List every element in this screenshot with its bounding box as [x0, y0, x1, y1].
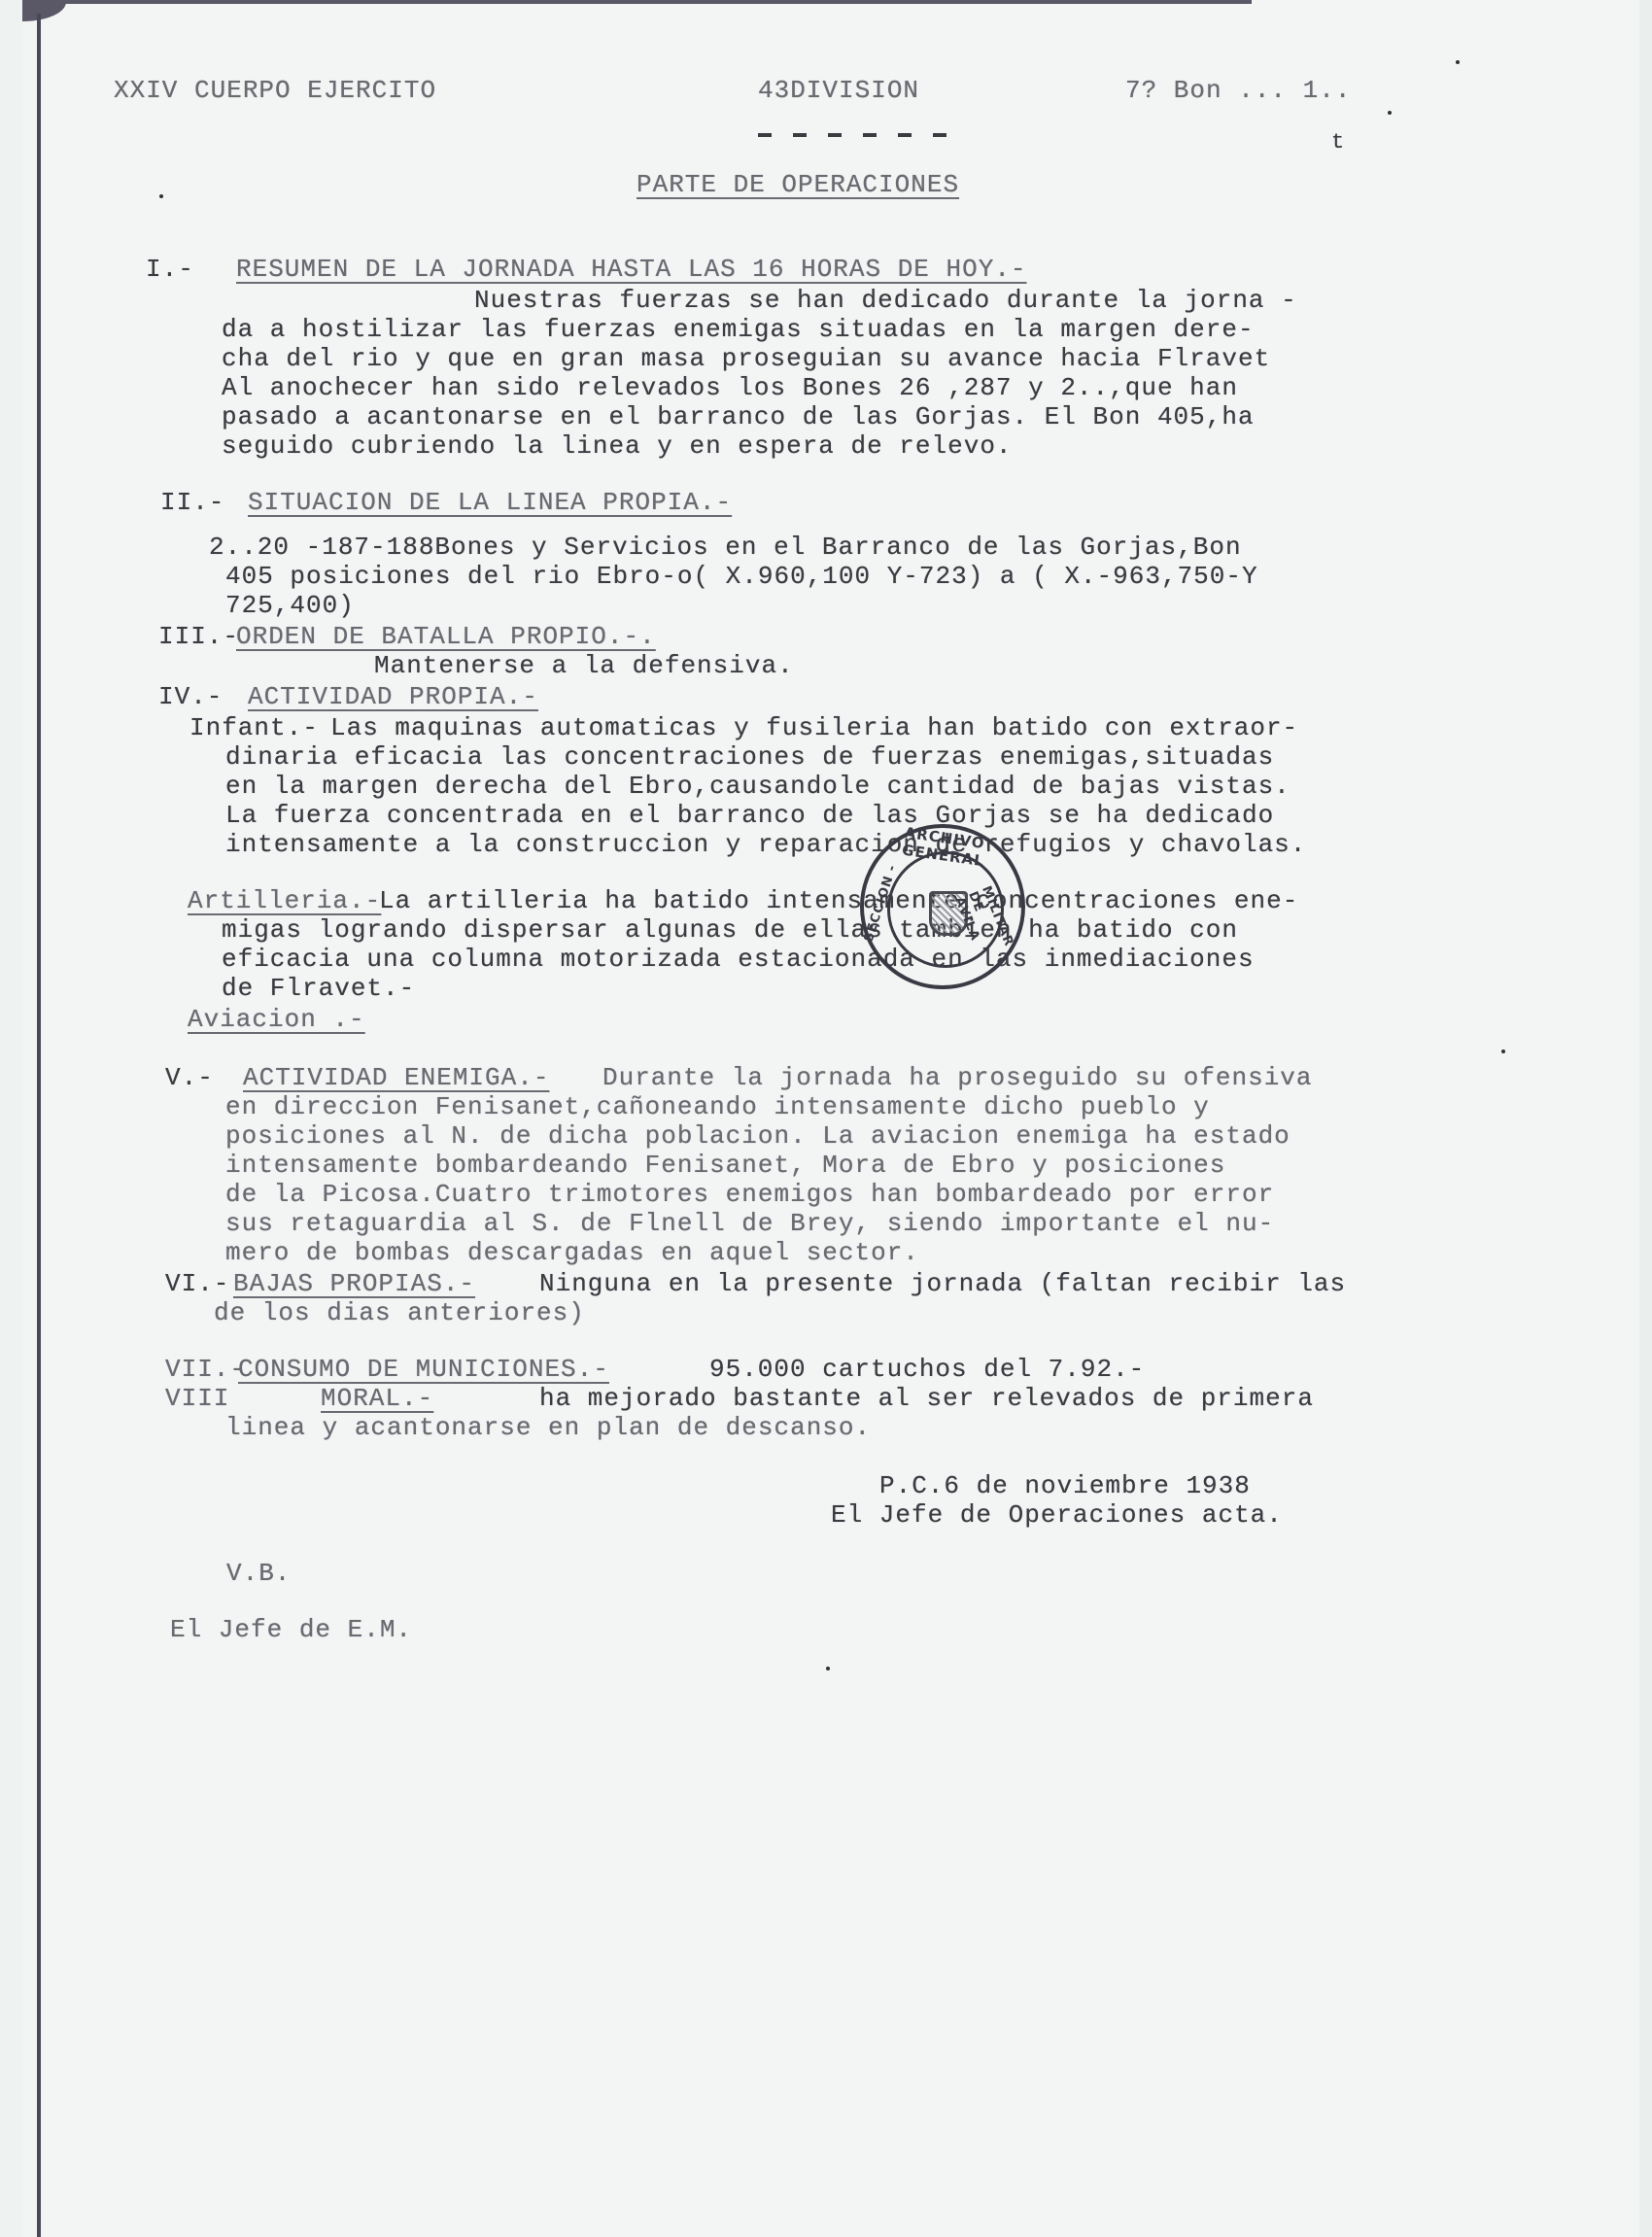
section-6-heading: BAJAS PROPIAS.- — [233, 1269, 475, 1298]
aviation-label: Aviacion .- — [188, 1005, 365, 1034]
section-1-line: cha del rio y que en gran masa proseguia… — [222, 344, 1270, 373]
section-5-line: mero de bombas descargadas en aquel sect… — [225, 1238, 919, 1267]
section-1-number: I.- — [146, 255, 194, 284]
section-5-line: posiciones al N. de dicha poblacion. La … — [225, 1121, 1291, 1151]
section-8-heading: MORAL.- — [321, 1384, 433, 1413]
section-5-line: en direccion Fenisanet,cañoneando intens… — [225, 1092, 1210, 1121]
header-battalion: 7? Bon ... 1.. — [1125, 76, 1351, 105]
section-1-line: Nuestras fuerzas se han dedicado durante… — [474, 286, 1297, 315]
section-3-heading: ORDEN DE BATALLA PROPIO.-. — [236, 622, 656, 651]
section-3-line: Mantenerse a la defensiva. — [374, 651, 794, 680]
infantry-line: en la margen derecha del Ebro,causandole… — [225, 772, 1291, 801]
scan-border-top — [22, 0, 1252, 4]
section-2-line: 725,400) — [225, 591, 355, 620]
infantry-label: Infant.- — [189, 713, 319, 742]
section-5-line: Durante la jornada ha proseguido su ofen… — [602, 1063, 1313, 1092]
closing-place-date: P.C.6 de noviembre 1938 — [879, 1471, 1251, 1500]
handwritten-mark: t — [1331, 128, 1345, 157]
section-8-line: linea y acantonarse en plan de descanso. — [225, 1413, 871, 1442]
infantry-line: dinaria eficacia las concentraciones de … — [225, 742, 1274, 772]
section-6-number: VI.- — [165, 1269, 229, 1298]
section-2-number: II.- — [160, 488, 224, 517]
section-7-heading: CONSUMO DE MUNICIONES.- — [238, 1355, 609, 1384]
artillery-line: migas logrando dispersar algunas de ella… — [222, 915, 1238, 945]
section-2-heading: SITUACION DE LA LINEA PROPIA.- — [248, 488, 732, 517]
section-5-line: intensamente bombardeando Fenisanet, Mor… — [225, 1151, 1225, 1180]
archive-stamp: ARCHIVO GENERAL MILITAR DE AVILA SECCION… — [860, 824, 1025, 989]
section-5-line: sus retaguardia al S. de Flnell de Brey,… — [225, 1209, 1274, 1238]
section-2-line: 405 posiciones del rio Ebro-o( X.960,100… — [225, 562, 1258, 591]
section-2-line: 2..20 -187-188Bones y Servicios en el Ba… — [209, 533, 1242, 562]
artillery-line: La artilleria ha batido intensamente con… — [379, 886, 1298, 915]
section-5-line: de la Picosa.Cuatro trimotores enemigos … — [225, 1180, 1274, 1209]
section-7-line: 95.000 cartuchos del 7.92.- — [709, 1355, 1145, 1384]
infantry-line: intensamente a la construccion y reparac… — [225, 830, 1306, 859]
footer-chief-of-staff: El Jefe de E.M. — [170, 1615, 412, 1644]
closing-signatory: El Jefe de Operaciones acta. — [831, 1500, 1283, 1530]
document-title: PARTE DE OPERACIONES — [637, 170, 959, 199]
artillery-label: Artilleria.- — [188, 886, 381, 915]
scan-border-left — [37, 14, 41, 2237]
section-4-heading: ACTIVIDAD PROPIA.- — [248, 682, 538, 711]
section-8-line: ha mejorado bastante al ser relevados de… — [539, 1384, 1314, 1413]
section-4-number: IV.- — [158, 682, 223, 711]
scan-speck — [826, 1667, 830, 1670]
section-1-line: da a hostilizar las fuerzas enemigas sit… — [222, 315, 1255, 344]
scan-speck — [1456, 60, 1460, 64]
section-7-number: VII.- — [165, 1355, 246, 1384]
infantry-line: Las maquinas automaticas y fusileria han… — [330, 713, 1298, 742]
section-8-number: VIII — [165, 1384, 229, 1413]
footer-vb: V.B. — [226, 1559, 291, 1588]
header-division: 43DIVISION — [758, 76, 919, 105]
artillery-line: de Flravet.- — [222, 974, 415, 1003]
section-6-line: Ninguna en la presente jornada (faltan r… — [539, 1269, 1346, 1298]
section-1-line: pasado a acantonarse en el barranco de l… — [222, 402, 1255, 431]
header-dash-rule — [758, 124, 968, 142]
section-6-line: de los dias anteriores) — [214, 1298, 585, 1327]
section-5-number: V.- — [165, 1063, 214, 1092]
section-1-line: seguido cubriendo la linea y en espera d… — [222, 431, 1013, 461]
scan-speck — [1501, 1050, 1505, 1053]
section-3-number: III.- — [158, 622, 239, 651]
scan-speck — [159, 194, 163, 198]
section-1-line: Al anochecer han sido relevados los Bone… — [222, 373, 1238, 402]
section-5-heading: ACTIVIDAD ENEMIGA.- — [243, 1063, 549, 1092]
artillery-line: eficacia una columna motorizada estacion… — [222, 945, 1255, 974]
section-1-heading: RESUMEN DE LA JORNADA HASTA LAS 16 HORAS… — [236, 255, 1027, 284]
scan-border-right — [1639, 0, 1652, 2237]
scan-speck — [1388, 111, 1392, 115]
infantry-line: La fuerza concentrada en el barranco de … — [225, 801, 1274, 830]
header-corps: XXIV CUERPO EJERCITO — [114, 76, 436, 105]
